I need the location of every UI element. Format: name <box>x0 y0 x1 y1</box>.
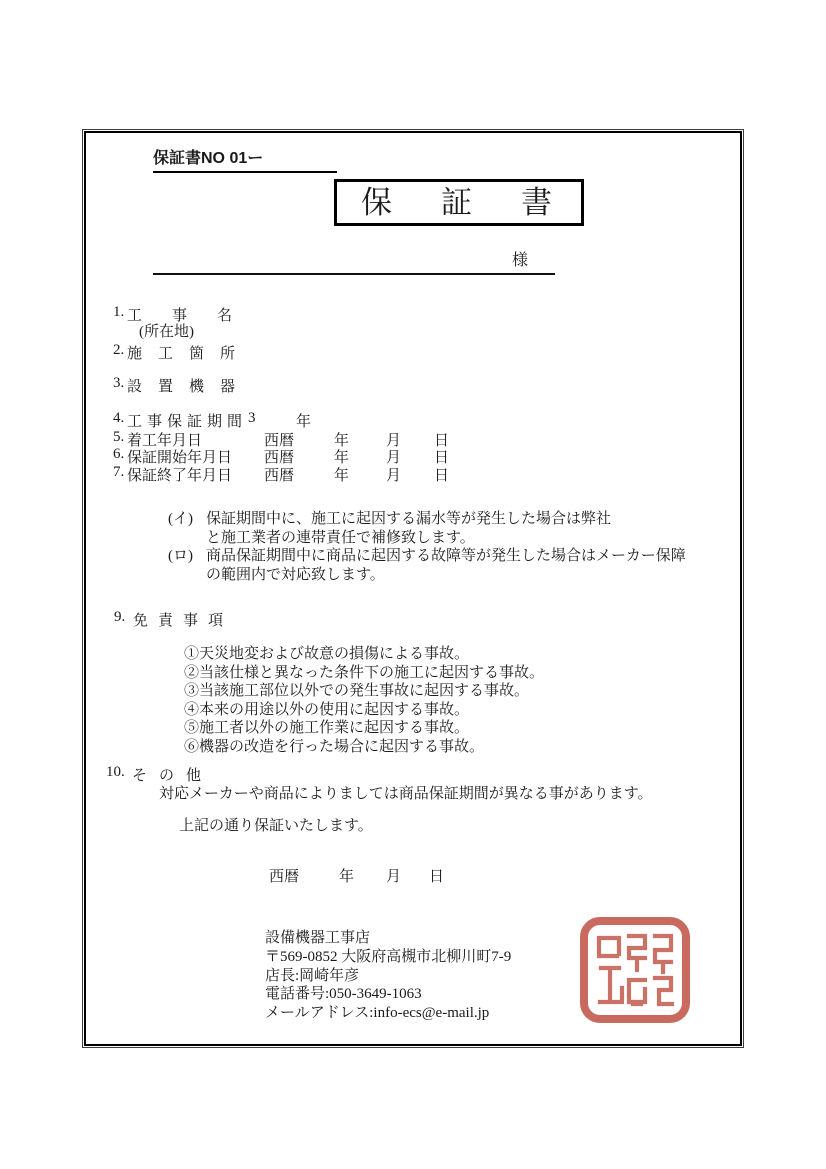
disclaimer-item: ⑥機器の改造を行った場合に起因する事故。 <box>184 738 544 757</box>
document-content: 保証書NO 01ー 保証書 様 1. 工事名 (所在地) 2. 施工箇所 3. … <box>83 130 743 1047</box>
day-unit: 日 <box>429 865 444 886</box>
field-row-2: 2. 施工箇所 <box>83 342 743 361</box>
field-label-warranty-end-date: 保証終了年月日 <box>127 464 232 485</box>
clause-marker: (ロ) <box>168 547 193 566</box>
doc-number: 保証書NO 01ー <box>153 145 337 173</box>
field-row-4: 4. 工事保証期間 3 年 <box>83 410 743 429</box>
seal-graphic <box>579 916 691 1024</box>
disclaimer-item: ④本来の用途以外の使用に起因する事故。 <box>184 701 544 720</box>
field-no: 4. <box>113 410 124 427</box>
disclaimer-item: ①天災地変および故意の損傷による事故。 <box>184 645 544 664</box>
month-unit: 月 <box>386 464 401 485</box>
company-info: 設備機器工事店 〒569-0852 大阪府高槻市北柳川町7-9 店長:岡崎年彦 … <box>265 929 511 1023</box>
company-name: 設備機器工事店 <box>265 929 511 948</box>
document-title: 保証書 <box>334 179 584 226</box>
year-unit: 年 <box>339 865 354 886</box>
page-border-frame: 保証書NO 01ー 保証書 様 1. 工事名 (所在地) 2. 施工箇所 3. … <box>82 129 744 1048</box>
disclaimers-heading-row: 9. 免責事項 <box>83 609 743 628</box>
company-manager: 店長:岡崎年彦 <box>265 967 511 986</box>
company-address: 〒569-0852 大阪府高槻市北柳川町7-9 <box>265 948 511 967</box>
field-no: 6. <box>113 446 124 463</box>
field-no: 1. <box>113 304 124 321</box>
field-no: 3. <box>113 375 124 392</box>
company-seal-stamp <box>579 916 691 1024</box>
clause-line: 商品保証期間中に商品に起因する故障等が発生した場合はメーカー保障 <box>206 547 736 566</box>
section-no: 10. <box>106 764 125 781</box>
other-heading-row: 10. その他 <box>83 764 743 783</box>
issue-date-row: 西暦 年 月 日 <box>83 865 743 884</box>
clause-marker: (イ) <box>168 510 193 529</box>
other-note: 対応メーカーや商品によりましては商品保証期間が異なる事があります。 <box>159 782 653 803</box>
warranty-period-unit: 年 <box>296 410 311 431</box>
clause-text: 保証期間中に、施工に起因する漏水等が発生した場合は弊社 と施工業者の連帯責任で補… <box>206 510 736 547</box>
field-label-installed-equipment: 設置機器 <box>127 375 251 396</box>
warranty-document-page: 保証書NO 01ー 保証書 様 1. 工事名 (所在地) 2. 施工箇所 3. … <box>0 0 826 1169</box>
field-row-3: 3. 設置機器 <box>83 375 743 394</box>
field-sublabel-location: (所在地) <box>139 320 194 341</box>
month-unit: 月 <box>386 865 401 886</box>
disclaimer-item: ②当該仕様と異なった条件下の施工に起因する事故。 <box>184 664 544 683</box>
addressee-line: 様 <box>153 246 555 275</box>
disclaimers-list: ①天災地変および故意の損傷による事故。 ②当該仕様と異なった条件下の施工に起因す… <box>184 645 544 757</box>
era-label: 西暦 <box>264 464 294 485</box>
disclaimer-item: ③当該施工部位以外での発生事故に起因する事故。 <box>184 682 544 701</box>
clause-text: 商品保証期間中に商品に起因する故障等が発生した場合はメーカー保障 の範囲内で対応… <box>206 547 736 584</box>
clause-line: 保証期間中に、施工に起因する漏水等が発生した場合は弊社 <box>206 510 736 529</box>
day-unit: 日 <box>434 464 449 485</box>
disclaimer-item: ⑤施工者以外の施工作業に起因する事故。 <box>184 719 544 738</box>
field-no: 5. <box>113 429 124 446</box>
warranty-period-value: 3 <box>248 410 256 427</box>
field-label-warranty-period: 工事保証期間 <box>127 410 247 431</box>
company-email: メールアドレス:info-ecs@e-mail.jp <box>265 1004 511 1023</box>
disclaimers-heading: 免責事項 <box>133 609 233 630</box>
clause-line: と施工業者の連帯責任で補修致します。 <box>206 529 736 548</box>
field-row-7: 7. 保証終了年月日 西暦 年 月 日 <box>83 464 743 483</box>
era-label: 西暦 <box>269 865 299 886</box>
field-row-6: 6. 保証開始年月日 西暦 年 月 日 <box>83 446 743 465</box>
company-phone: 電話番号:050-3649-1063 <box>265 985 511 1004</box>
addressee-suffix: 様 <box>512 252 528 269</box>
year-unit: 年 <box>334 464 349 485</box>
clause-line: の範囲内で対応致します。 <box>206 566 736 585</box>
guarantee-statement: 上記の通り保証いたします。 <box>179 814 373 835</box>
field-label-work-site: 施工箇所 <box>127 342 251 363</box>
field-no: 7. <box>113 464 124 481</box>
section-no: 9. <box>114 609 125 626</box>
field-no: 2. <box>113 342 124 359</box>
